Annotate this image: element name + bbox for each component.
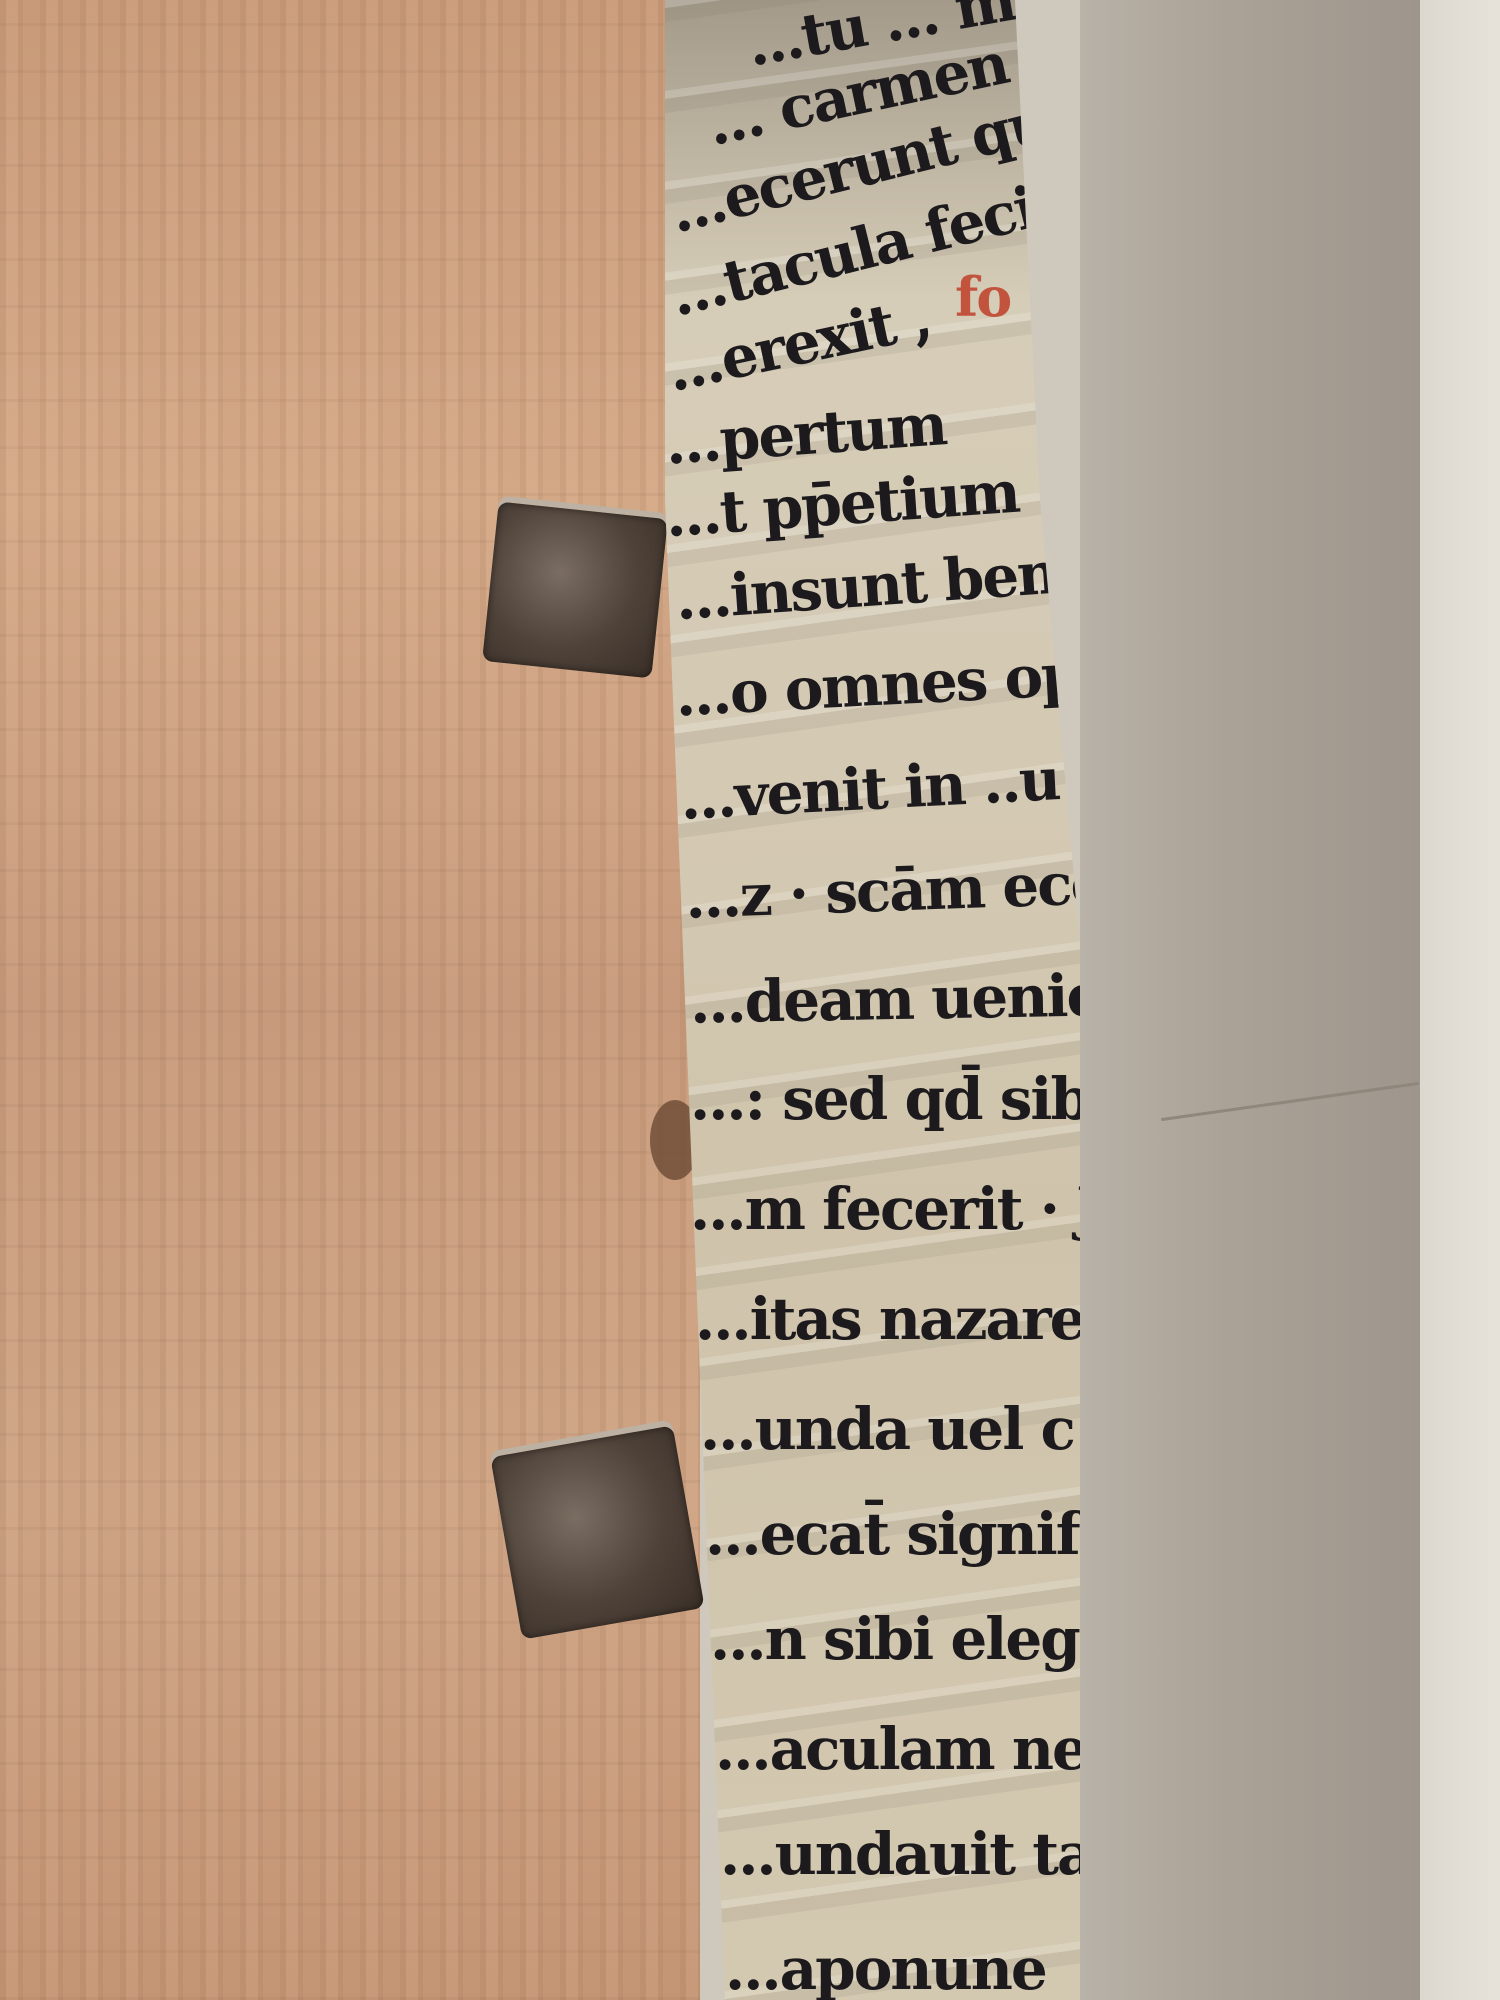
- wooden-board: [0, 0, 700, 2000]
- rubric-text: fo: [955, 265, 1010, 329]
- manuscript-text: ...tu ... ment ... carmen ...ecerunt qui…: [665, 0, 1090, 2000]
- text-line: ...o omnes opp: [674, 638, 1120, 729]
- text-line: ...undauit ta: [720, 1820, 1093, 1888]
- nail-head-lower: [490, 1425, 704, 1639]
- text-line: ...: sed qd̄ sibi: [690, 1065, 1109, 1133]
- paper-edge: [1420, 0, 1500, 2000]
- text-line: ...n sibi elegit: [710, 1605, 1124, 1673]
- text-line: ...itas nazare: [695, 1285, 1085, 1353]
- text-line: ...ecat̄ signifi: [705, 1500, 1099, 1568]
- text-line: ...aculam nec: [715, 1715, 1120, 1783]
- text-line: ...m fecerit · Jn: [690, 1175, 1142, 1243]
- nail-head-upper: [482, 502, 668, 679]
- paper-leaf: [1080, 0, 1420, 2000]
- text-line: ...venit in ..u: [678, 745, 1060, 833]
- manuscript-fragment: ...tu ... ment ... carmen ...ecerunt qui…: [665, 0, 1090, 2000]
- text-line: ...aponune: [725, 1935, 1046, 2000]
- text-line: ...insunt benef: [673, 535, 1117, 634]
- text-line: ...deam uenie: [689, 961, 1101, 1036]
- text-line: ...unda uel c: [700, 1395, 1074, 1463]
